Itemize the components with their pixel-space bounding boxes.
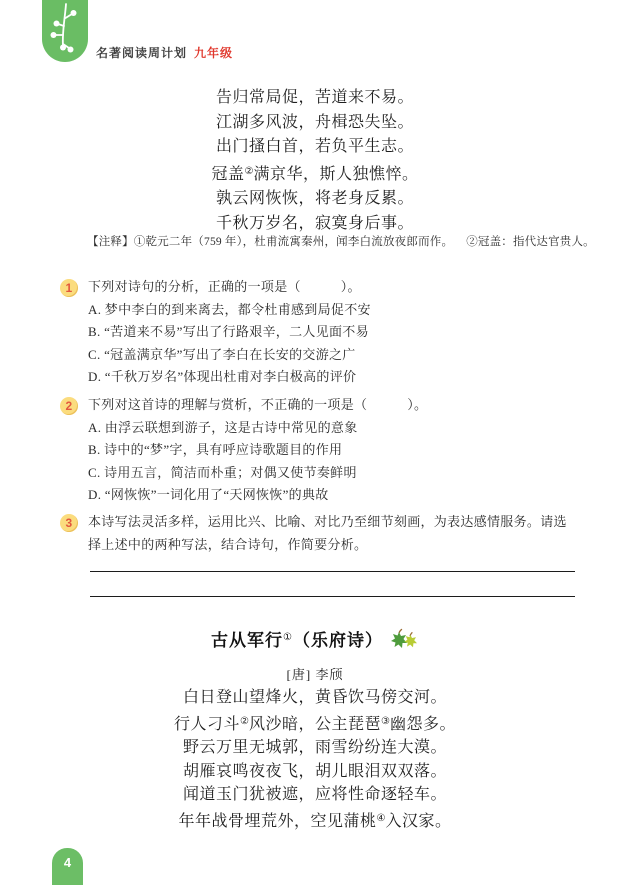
page-header: 名著阅读周计划九年级 [96, 44, 233, 61]
poem-line: 闻道玉门犹被遮，应将性命逐轻车。 [0, 783, 630, 807]
page-number: 4 [52, 848, 83, 885]
answer-line [90, 596, 575, 597]
section-title-suffix: （乐府诗） [293, 631, 383, 650]
note-label: 【注释】 [87, 236, 134, 248]
leaves-icon [389, 628, 419, 655]
question-text: 下列对诗句的分析，正确的一项是（ ）。 [88, 279, 361, 294]
poem-text: 幽怨多。 [390, 716, 456, 733]
series-title: 名著阅读周计划 [96, 46, 187, 60]
poem-line: 孰云网恢恢，将老身反累。 [0, 187, 630, 212]
question-block: 2下列对这首诗的理解与赏析，不正确的一项是（ ）。A. 由浮云联想到游子，这是古… [60, 394, 576, 507]
poem-text: 入汉家。 [385, 813, 451, 830]
question-block: 1下列对诗句的分析，正确的一项是（ ）。A. 梦中李白的到来离去，都令杜甫感到局… [60, 276, 576, 389]
note-items: ①乾元二年（759 年），杜甫流寓秦州，闻李白流放夜郎而作。②冠盖：指代达官贵人… [134, 236, 595, 248]
poem-line: 出门搔白首，若负平生志。 [0, 135, 630, 160]
poem-text: 出门搔白首，若负平生志。 [216, 138, 414, 155]
poem-line: 野云万里无城郭，雨雪纷纷连大漠。 [0, 736, 630, 760]
question-option: C. 诗用五言，简洁而朴重；对偶又使节奏鲜明 [88, 462, 576, 485]
poem-text: 风沙暗，公主琵琶 [249, 716, 381, 733]
annotation-note: 【注释】①乾元二年（759 年），杜甫流寓秦州，闻李白流放夜郎而作。②冠盖：指代… [87, 233, 579, 249]
question-option: A. 由浮云联想到游子，这是古诗中常见的意象 [88, 417, 576, 440]
question-text: 下列对这首诗的理解与赏析，不正确的一项是（ ）。 [88, 397, 427, 412]
poem-author: [唐] 李颀 [0, 664, 630, 683]
question-option: A. 梦中李白的到来离去，都令杜甫感到局促不安 [88, 299, 576, 322]
question-body: 下列对这首诗的理解与赏析，不正确的一项是（ ）。A. 由浮云联想到游子，这是古诗… [88, 394, 576, 507]
poem-text: 告归常局促，苦道来不易。 [216, 89, 414, 106]
question-body: 下列对诗句的分析，正确的一项是（ ）。A. 梦中李白的到来离去，都令杜甫感到局促… [88, 276, 576, 389]
question-option: D. “网恢恢”一词化用了“天网恢恢”的典故 [88, 484, 576, 507]
branch-icon [42, 0, 88, 62]
poem-line: 白日登山望烽火，黄昏饮马傍交河。 [0, 686, 630, 710]
question-number-badge: 1 [60, 279, 78, 297]
poem-line: 告归常局促，苦道来不易。 [0, 86, 630, 111]
poem-text: 年年战骨埋荒外，空见蒲桃 [179, 813, 377, 830]
question-block: 3本诗写法灵活多样，运用比兴、比喻、对比乃至细节刻画，为表达感情服务。请选择上述… [60, 511, 576, 556]
question-number-badge: 2 [60, 397, 78, 415]
question-option: B. 诗中的“梦”字，具有呼应诗歌题目的作用 [88, 439, 576, 462]
question-text: 本诗写法灵活多样，运用比兴、比喻、对比乃至细节刻画，为表达感情服务。请选择上述中… [88, 514, 567, 552]
section-title-text: 古从军行 [211, 631, 283, 650]
grade-badge: 九年级 [194, 46, 233, 60]
poem-first: 告归常局促，苦道来不易。江湖多风波，舟楫恐失坠。出门搔白首，若负平生志。冠盖②满… [0, 86, 630, 236]
poem-text: 满京华，斯人独憔悴。 [253, 166, 418, 183]
poem-line: 冠盖②满京华，斯人独憔悴。 [0, 160, 630, 188]
note-item: ②冠盖：指代达官贵人。 [466, 236, 595, 248]
poem-text: 行人刁斗 [174, 716, 240, 733]
question-option: D. “千秋万岁名”体现出杜甫对李白极高的评价 [88, 366, 576, 389]
poem-line: 年年战骨埋荒外，空见蒲桃④入汉家。 [0, 807, 630, 834]
poem-text: 千秋万岁名，寂寞身后事。 [216, 215, 414, 232]
brand-logo [42, 0, 88, 62]
footnote-marker: ② [240, 716, 249, 727]
poem-text: 胡雁哀鸣夜夜飞，胡儿眼泪双双落。 [183, 763, 447, 780]
question-option: C. “冠盖满京华”写出了李白在长安的交游之广 [88, 344, 576, 367]
poem-text: 白日登山望烽火，黄昏饮马傍交河。 [183, 689, 447, 706]
poem-text: 孰云网恢恢，将老身反累。 [216, 190, 414, 207]
note-item: ①乾元二年（759 年），杜甫流寓秦州，闻李白流放夜郎而作。 [134, 236, 453, 248]
poem-text: 冠盖 [212, 166, 245, 183]
poem-text: 江湖多风波，舟楫恐失坠。 [216, 114, 414, 131]
question-option: B. “苦道来不易”写出了行路艰辛，二人见面不易 [88, 321, 576, 344]
poem-text: 野云万里无城郭，雨雪纷纷连大漠。 [183, 739, 447, 756]
answer-line [90, 571, 575, 572]
poem-text: 闻道玉门犹被遮，应将性命逐轻车。 [183, 786, 447, 803]
poem-second: 白日登山望烽火，黄昏饮马傍交河。行人刁斗②风沙暗，公主琵琶③幽怨多。野云万里无城… [0, 686, 630, 833]
footnote-marker: ① [283, 632, 293, 643]
poem-line: 胡雁哀鸣夜夜飞，胡儿眼泪双双落。 [0, 760, 630, 784]
question-body: 本诗写法灵活多样，运用比兴、比喻、对比乃至细节刻画，为表达感情服务。请选择上述中… [88, 511, 576, 556]
footnote-marker: ③ [381, 716, 390, 727]
textbook-page: 名著阅读周计划九年级 告归常局促，苦道来不易。江湖多风波，舟楫恐失坠。出门搔白首… [0, 0, 630, 885]
poem-line: 江湖多风波，舟楫恐失坠。 [0, 111, 630, 136]
poem-line: 行人刁斗②风沙暗，公主琵琶③幽怨多。 [0, 710, 630, 737]
section-title: 古从军行①（乐府诗） [0, 626, 630, 655]
question-number-badge: 3 [60, 514, 78, 532]
